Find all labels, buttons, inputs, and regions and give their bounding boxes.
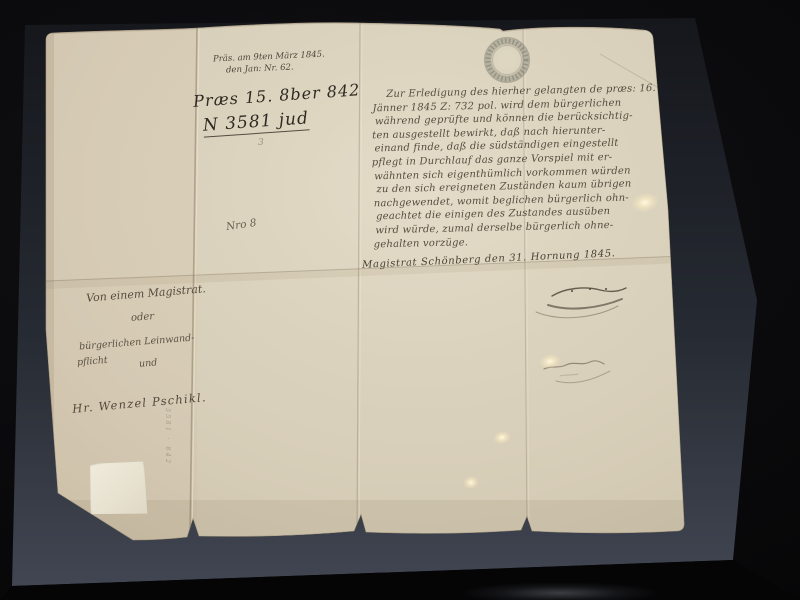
address-line-2: oder — [131, 311, 155, 324]
photo-backdrop: Präs. am 9ten März 1845. den Jan: Nr. 62… — [0, 0, 800, 600]
fold-docket-note: 3581 · 842 — [164, 408, 171, 465]
body-paragraph: Zur Erledigung des hierher gelangten de … — [370, 83, 674, 253]
floor-glow — [460, 582, 660, 600]
seal-stamp-icon — [485, 38, 530, 83]
stray-ink-mark: 3 — [258, 138, 264, 148]
address-line-4b: und — [139, 357, 158, 369]
